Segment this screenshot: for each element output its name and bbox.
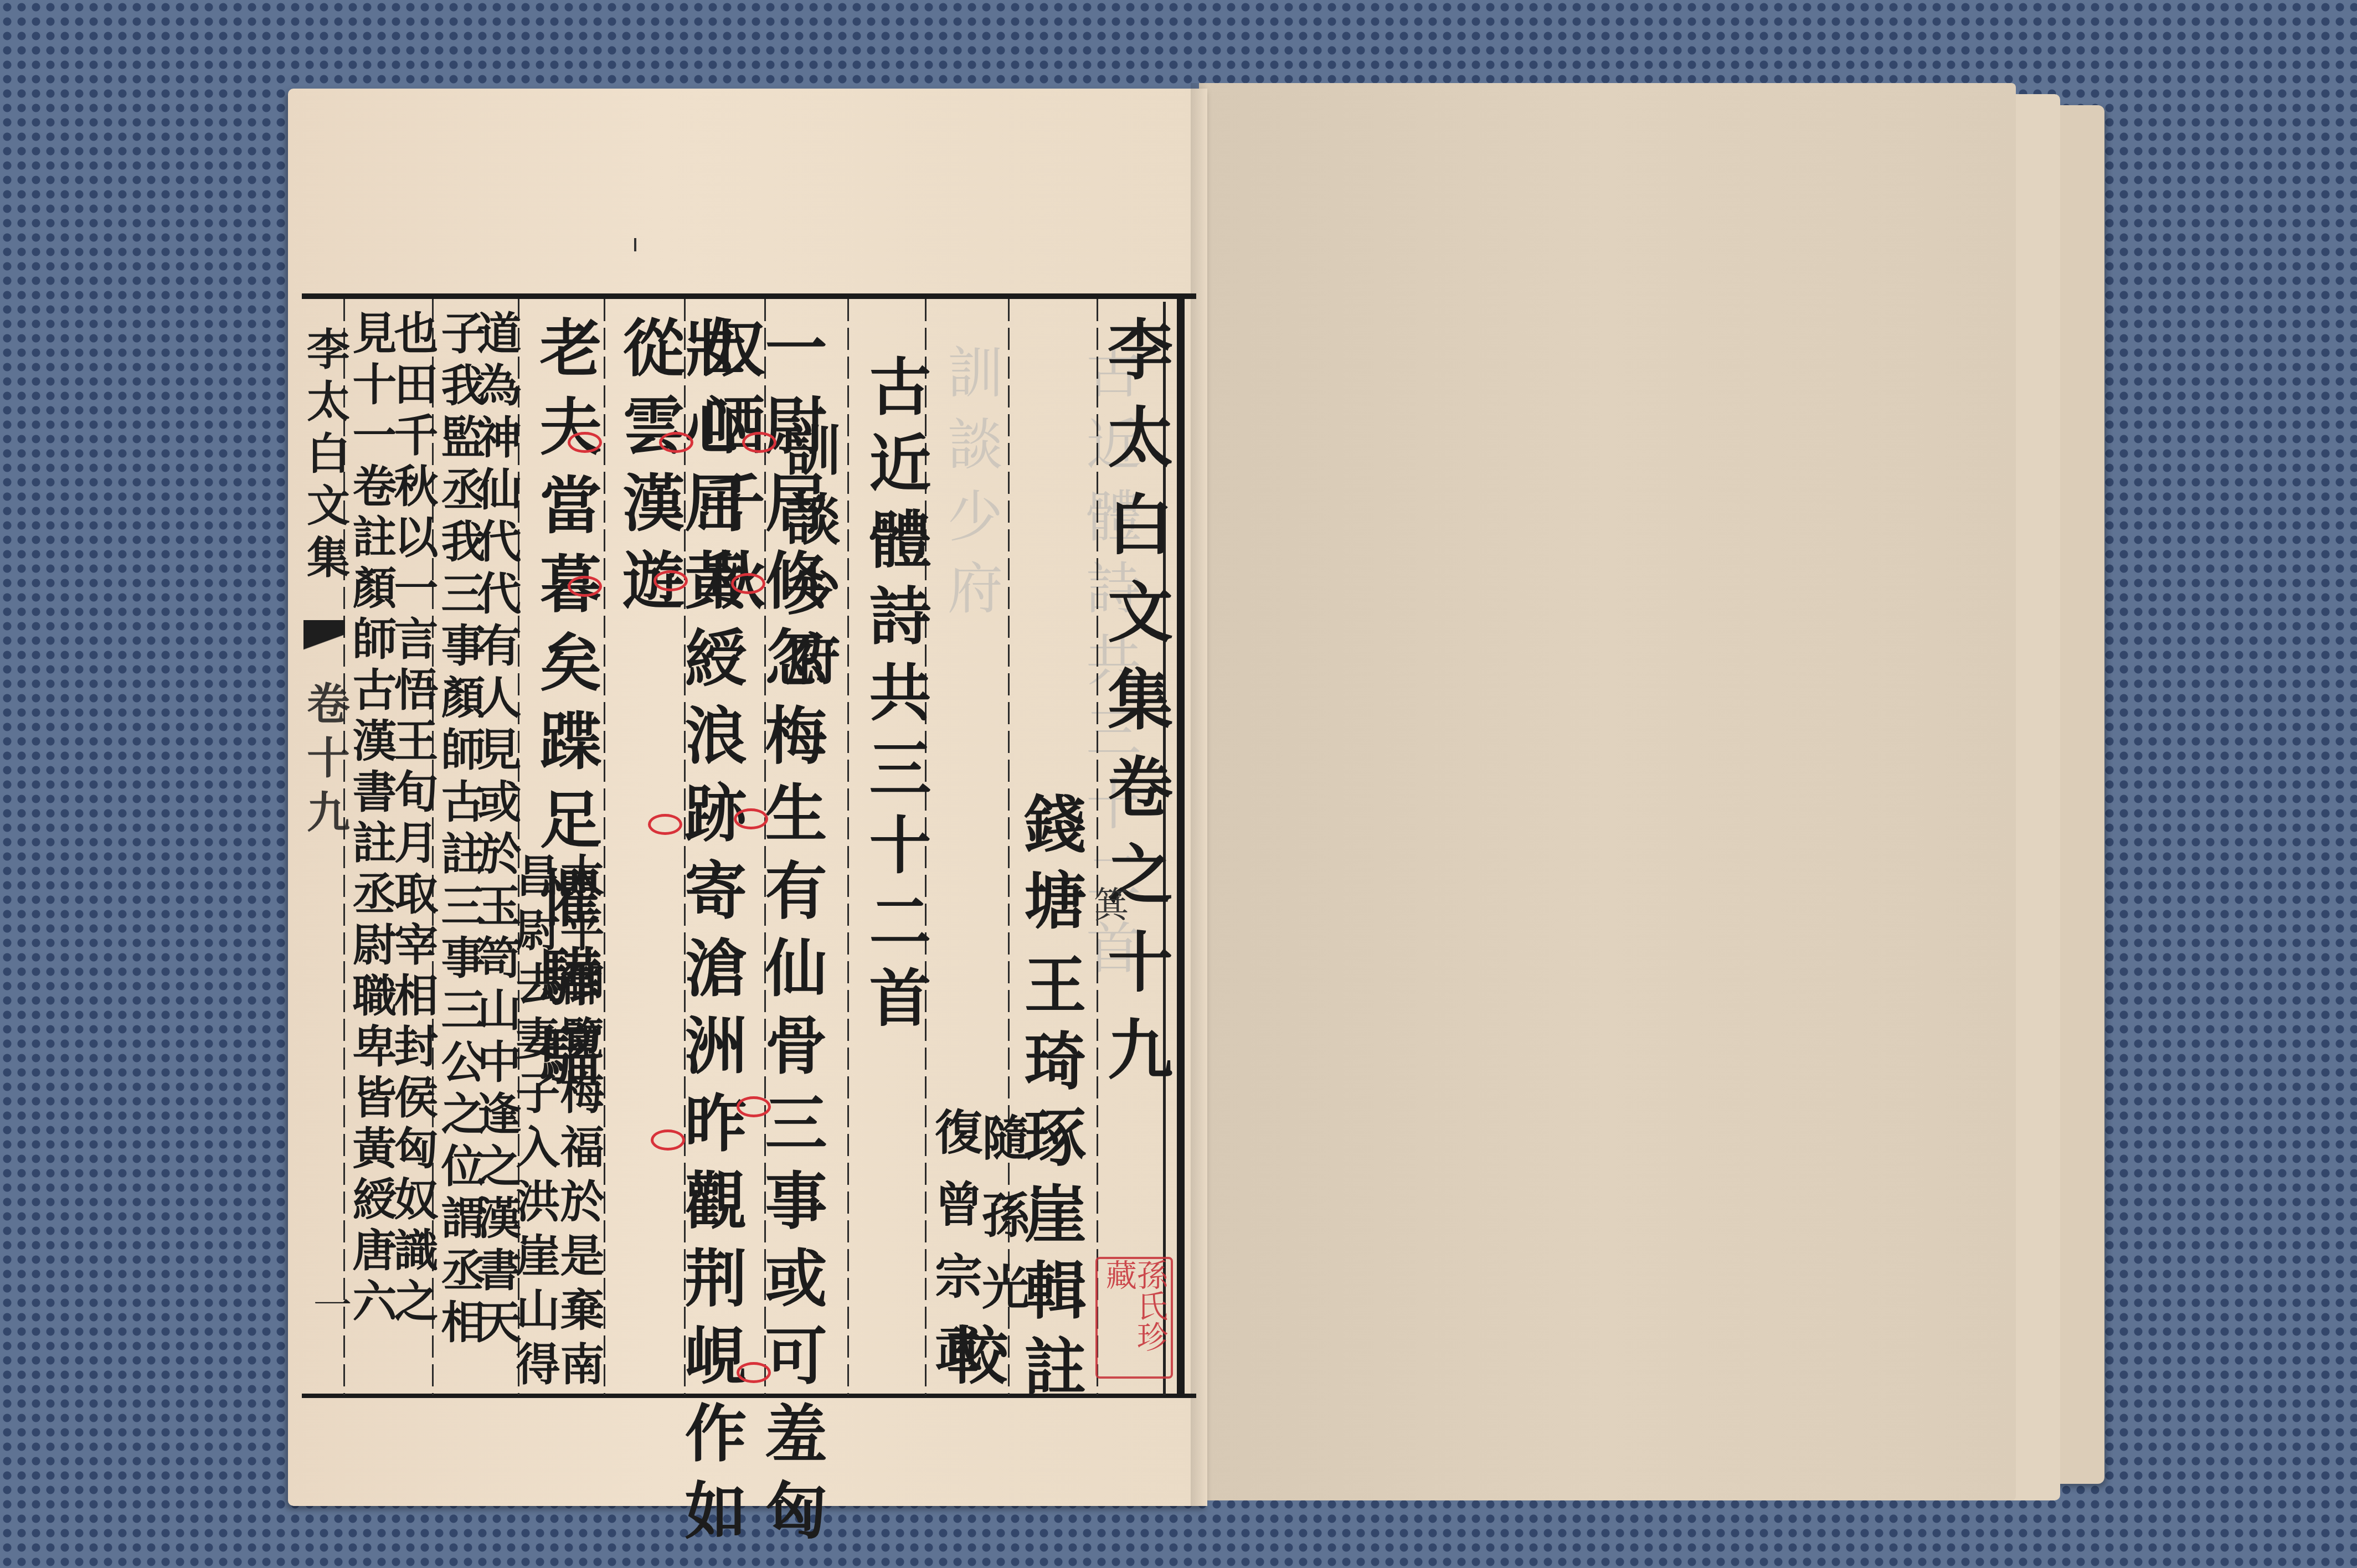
commentary-col-4-left: 子我監丞我三事顏師古註三事三公之位謂丞相 (438, 310, 482, 1351)
punctuation-circle (568, 432, 602, 453)
punctuation-circle (659, 432, 693, 453)
punctuation-circle (742, 432, 776, 453)
fold-volume: 卷十九 (294, 681, 356, 844)
punctuation-circle (737, 1362, 771, 1383)
collation-mark: 較 (941, 1323, 1003, 1400)
frame-border-right (1177, 293, 1185, 1398)
section-heading: 古近體詩共三十二首 (864, 354, 926, 1042)
punctuation-circle (731, 573, 765, 594)
collator-label: 隨 (977, 1113, 1025, 1185)
collator-1: 孫光 (977, 1190, 1025, 1334)
collector-seal: 孫氏珍藏 (1095, 1257, 1173, 1379)
punctuation-circle (568, 576, 602, 597)
right-page-blank (1199, 83, 2016, 1500)
commentary-right: 太平御覽梅福於是棄南 (557, 853, 601, 1395)
handwritten-annotation: 箕 (1083, 886, 1134, 921)
punctuation-circle (651, 1129, 685, 1151)
compiler-place: 錢塘 (1019, 792, 1081, 945)
commentary-col-5-right: 也田千秋以一言悟王旬月取宰相封侯匈奴識之 (390, 310, 435, 1329)
fishtail-mark (303, 620, 345, 653)
punctuation-circle (734, 808, 768, 829)
fold-title: 李太白文集 (294, 327, 356, 587)
volume-title: 李太白文集卷之十九 (1102, 316, 1167, 1103)
commentary-col-5-left: 見十一卷註顏師古漢書註丞尉職卑皆黃綬唐六 (349, 310, 393, 1329)
page-mark (634, 238, 636, 251)
punctuation-circle (648, 814, 682, 835)
fold-page-number: 一 (302, 1285, 358, 1323)
poem-column-2: 壯心屈黃綬浪跡寄滄洲昨觀荆峴作如從雲漢遊 (617, 316, 742, 1568)
column-rule (847, 299, 849, 1395)
punctuation-circle (737, 1096, 771, 1117)
punctuation-circle (653, 570, 688, 591)
